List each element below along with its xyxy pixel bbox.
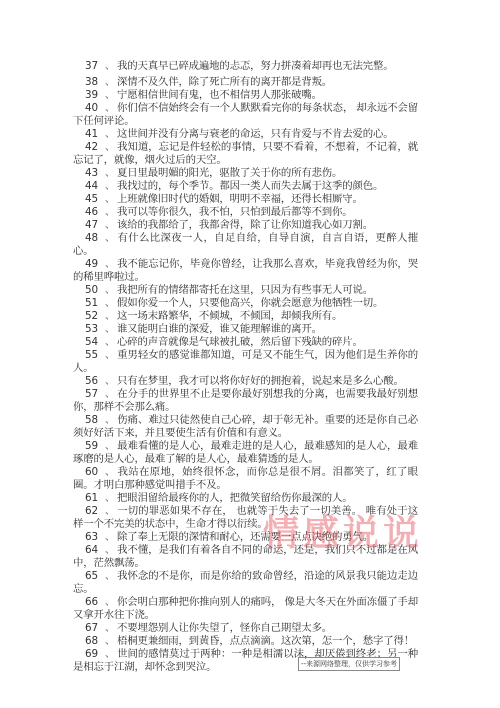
entry-text: 宁愿相信世间有鬼，也不相信男人那张破嘴。 (117, 89, 322, 101)
entry-text: 假如你爱一个人，只要他高兴，你就会愿意为他牺牲一切。 (117, 297, 383, 309)
entry-number: 38 (73, 76, 103, 89)
entry-number: 54 (73, 336, 103, 349)
entry-separator: 、 (103, 89, 117, 102)
quote-entry: 42、我知道，忘记是件轻松的事情，只要不看着，不想着，不记着，就忘记了，就像，烟… (73, 141, 418, 167)
entry-separator: 、 (103, 544, 117, 557)
entry-separator: 、 (103, 219, 117, 232)
entry-text: 我找过的，每个季节。都因一类人而失去属于这季的颜色。 (117, 180, 383, 192)
quote-entry: 57、在分手的世界里不止是要你最好别想我的分离，也需要我最好别想你，那样不会那么… (73, 388, 418, 414)
entry-separator: 、 (103, 206, 117, 219)
entry-number: 39 (73, 89, 103, 102)
entry-number: 37 (73, 60, 103, 73)
entry-number: 65 (73, 570, 103, 583)
quote-entry: 53、谁又能明白谁的深爱，谁又能理解谁的离开。 (73, 323, 418, 336)
entry-text: 我的天真早已碎成遍地的忐忑，努力拼凑着却再也无法完整。 (117, 60, 394, 72)
quote-entry: 61、把眼泪留给最疼你的人，把微笑留给伤你最深的人。 (73, 492, 418, 505)
entry-text: 梧桐更兼细雨，到黄昏，点点滴滴。这次第，怎一个，愁字了得！ (117, 635, 414, 647)
entry-number: 50 (73, 284, 103, 297)
entry-separator: 、 (103, 622, 117, 635)
quote-entry: 51、假如你爱一个人，只要他高兴，你就会愿意为他牺牲一切。 (73, 297, 418, 310)
entry-text: 最难看懂的是人心，最难走进的是人心，最难感知的是人心，最难琢磨的是人心，最难了解… (73, 440, 418, 465)
quote-entry: 47、该给的我都给了，我都舍得，除了让你知道我心如刀割。 (73, 219, 418, 232)
quote-entry: 54、心碎的声音就像是气球被扎破，然后留下残缺的碎片。 (73, 336, 418, 349)
entry-text: 我站在原地，始终很怀念，而你总是很不屑。泪都笑了，红了眼圈。才明白那种感觉叫措手… (73, 466, 418, 491)
entry-separator: 、 (103, 349, 117, 362)
quote-entry: 38、深情不及久伴，除了死亡所有的离开都是背叛。 (73, 76, 418, 89)
entry-number: 53 (73, 323, 103, 336)
entry-text: 心碎的声音就像是气球被扎破，然后留下残缺的碎片。 (117, 336, 363, 348)
entry-number: 51 (73, 297, 103, 310)
entry-text: 我怀念的不是你，而是你给的致命曾经，沿途的风景我只能边走边忘。 (73, 570, 418, 595)
entry-number: 41 (73, 128, 103, 141)
entry-text: 把眼泪留给最疼你的人，把微笑留给伤你最深的人。 (117, 492, 353, 504)
entry-number: 63 (73, 531, 103, 544)
quote-entry: 67、不要埋怨别人让你失望了，怪你自己期望太多。 (73, 622, 418, 635)
entry-number: 40 (73, 102, 103, 115)
entry-number: 64 (73, 544, 103, 557)
entry-number: 44 (73, 180, 103, 193)
quote-entry: 60、我站在原地，始终很怀念，而你总是很不屑。泪都笑了，红了眼圈。才明白那种感觉… (73, 466, 418, 492)
source-note: --来源网络整理，仅供学习参考 (298, 657, 400, 671)
entry-separator: 、 (103, 336, 117, 349)
entry-number: 67 (73, 622, 103, 635)
entry-separator: 、 (103, 284, 117, 297)
entry-separator: 、 (103, 141, 117, 154)
entry-number: 69 (73, 648, 103, 661)
entry-text: 你会明白那种把你推向别人的痛吗， 像是大冬天在外面冻僵了手却又拿开水往下浇。 (73, 596, 418, 621)
entry-separator: 、 (103, 323, 117, 336)
entry-separator: 、 (103, 102, 117, 115)
quote-entry: 37、我的天真早已碎成遍地的忐忑，努力拼凑着却再也无法完整。 (73, 60, 418, 73)
quote-entry: 56、只有在梦里，我才可以将你好好的拥抱着，说起来是多么心酸。 (73, 375, 418, 388)
entry-number: 58 (73, 414, 103, 427)
entry-text: 我可以等你很久，我不怕，只怕到最后都等不到你。 (117, 206, 353, 218)
entry-text: 深情不及久伴，除了死亡所有的离开都是背叛。 (117, 76, 332, 88)
quote-entry: 39、宁愿相信世间有鬼，也不相信男人那张破嘴。 (73, 89, 418, 102)
entry-separator: 、 (103, 648, 117, 661)
quote-entry: 68、梧桐更兼细雨，到黄昏，点点滴滴。这次第，怎一个，愁字了得！ (73, 635, 418, 648)
entry-separator: 、 (103, 193, 117, 206)
entry-number: 47 (73, 219, 103, 232)
entry-separator: 、 (103, 388, 117, 401)
entry-separator: 、 (103, 570, 117, 583)
entry-separator: 、 (103, 440, 117, 453)
entry-separator: 、 (103, 297, 117, 310)
document-page: 37、我的天真早已碎成遍地的忐忑，努力拼凑着却再也无法完整。38、深情不及久伴，… (73, 60, 418, 674)
quote-entry: 63、除了奉上无限的深情和耐心，还需要一点点决绝的勇气。 (73, 531, 418, 544)
quote-entry: 65、我怀念的不是你，而是你给的致命曾经，沿途的风景我只能边走边忘。 (73, 570, 418, 596)
entry-separator: 、 (103, 258, 117, 271)
entry-text: 我知道，忘记是件轻松的事情，只要不看着，不想着，不记着，就忘记了，就像，烟火过后… (73, 141, 418, 166)
quote-entry: 58、伤痛、难过只徒然使自己心碎，却于彰无补。重要的还是你自己必须好好活下来，并… (73, 414, 418, 440)
entry-number: 59 (73, 440, 103, 453)
entry-number: 62 (73, 505, 103, 518)
entry-number: 52 (73, 310, 103, 323)
quote-entry: 43、夏日里最明媚的阳光，驱散了关于你的所有悲伤。 (73, 167, 418, 180)
entry-number: 48 (73, 232, 103, 245)
quote-entry: 66、你会明白那种把你推向别人的痛吗， 像是大冬天在外面冻僵了手却又拿开水往下浇… (73, 596, 418, 622)
entry-number: 60 (73, 466, 103, 479)
quote-entry: 44、我找过的，每个季节。都因一类人而失去属于这季的颜色。 (73, 180, 418, 193)
entry-number: 49 (73, 258, 103, 271)
entry-text: 上班就像旧时代的婚姻，明明不幸福，还得长相厮守。 (117, 193, 363, 205)
quote-entry: 46、我可以等你很久，我不怕，只怕到最后都等不到你。 (73, 206, 418, 219)
entry-number: 43 (73, 167, 103, 180)
quote-list: 37、我的天真早已碎成遍地的忐忑，努力拼凑着却再也无法完整。38、深情不及久伴，… (73, 60, 418, 674)
entry-separator: 、 (103, 128, 117, 141)
quote-entry: 64、我不懂，是我们有着各自不同的命运，还是，我们只不过都是在风中，茫然飘荡。 (73, 544, 418, 570)
entry-text: 我不能忘记你，毕竟你曾经，让我那么喜欢，毕竟我曾经为你，哭的稀里哗啦过。 (73, 258, 418, 283)
entry-separator: 、 (103, 414, 117, 427)
entry-separator: 、 (103, 635, 117, 648)
entry-text: 我不懂，是我们有着各自不同的命运，还是，我们只不过都是在风中，茫然飘荡。 (73, 544, 418, 569)
entry-separator: 、 (103, 60, 117, 73)
quote-entry: 48、有什么比深夜一人，自足自给，自导自演，自言自语，更醉人摧心。 (73, 232, 418, 258)
entry-text: 谁又能明白谁的深爱，谁又能理解谁的离开。 (117, 323, 322, 335)
quote-entry: 55、重男轻女的感觉谁都知道，可是又不能生气，因为他们是生养你的人。 (73, 349, 418, 375)
entry-number: 45 (73, 193, 103, 206)
entry-separator: 、 (103, 167, 117, 180)
entry-text: 一切的罪恶如果不存在， 也就等于失去了一切美善。 唯有处于这样一个不完美的状态中… (73, 505, 418, 530)
entry-number: 57 (73, 388, 103, 401)
entry-separator: 、 (103, 492, 117, 505)
entry-number: 56 (73, 375, 103, 388)
entry-text: 除了奉上无限的深情和耐心，还需要一点点决绝的勇气。 (117, 531, 373, 543)
entry-number: 61 (73, 492, 103, 505)
entry-separator: 、 (103, 180, 117, 193)
entry-text: 在分手的世界里不止是要你最好别想我的分离，也需要我最好别想你，那样不会那么痛。 (73, 388, 418, 413)
quote-entry: 40、你们信不信始终会有一个人默默看完你的每条状态， 却永远不会留下任何评论。 (73, 102, 418, 128)
entry-text: 夏日里最明媚的阳光，驱散了关于你的所有悲伤。 (117, 167, 342, 179)
entry-separator: 、 (103, 375, 117, 388)
quote-entry: 62、一切的罪恶如果不存在， 也就等于失去了一切美善。 唯有处于这样一个不完美的… (73, 505, 418, 531)
quote-entry: 50、我把所有的情绪都寄托在这里，只因为有些事无人可说。 (73, 284, 418, 297)
entry-text: 该给的我都给了，我都舍得，除了让你知道我心如刀割。 (117, 219, 373, 231)
entry-text: 我把所有的情绪都寄托在这里，只因为有些事无人可说。 (117, 284, 373, 296)
entry-text: 伤痛、难过只徒然使自己心碎，却于彰无补。重要的还是你自己必须好好活下来，并且要使… (73, 414, 418, 439)
entry-number: 66 (73, 596, 103, 609)
entry-text: 你们信不信始终会有一个人默默看完你的每条状态， 却永远不会留下任何评论。 (73, 102, 418, 127)
quote-entry: 45、上班就像旧时代的婚姻，明明不幸福，还得长相厮守。 (73, 193, 418, 206)
entry-text: 只有在梦里，我才可以将你好好的拥抱着，说起来是多么心酸。 (117, 375, 404, 387)
entry-separator: 、 (103, 466, 117, 479)
entry-number: 68 (73, 635, 103, 648)
entry-separator: 、 (103, 505, 117, 518)
entry-separator: 、 (103, 232, 117, 245)
entry-separator: 、 (103, 310, 117, 323)
entry-text: 有什么比深夜一人，自足自给，自导自演，自言自语，更醉人摧心。 (73, 232, 418, 257)
quote-entry: 41、这世间并没有分离与衰老的命运，只有肯爱与不肯去爱的心。 (73, 128, 418, 141)
quote-entry: 59、最难看懂的是人心，最难走进的是人心，最难感知的是人心，最难琢磨的是人心，最… (73, 440, 418, 466)
entry-number: 42 (73, 141, 103, 154)
entry-separator: 、 (103, 531, 117, 544)
entry-text: 这世间并没有分离与衰老的命运，只有肯爱与不肯去爱的心。 (117, 128, 394, 140)
entry-separator: 、 (103, 76, 117, 89)
quote-entry: 49、我不能忘记你，毕竟你曾经，让我那么喜欢，毕竟我曾经为你，哭的稀里哗啦过。 (73, 258, 418, 284)
entry-text: 重男轻女的感觉谁都知道，可是又不能生气，因为他们是生养你的人。 (73, 349, 418, 374)
entry-separator: 、 (103, 596, 117, 609)
entry-number: 46 (73, 206, 103, 219)
entry-text: 这一场末路繁华，不倾城，不倾国，却倾我所有。 (117, 310, 342, 322)
entry-number: 55 (73, 349, 103, 362)
entry-text: 不要埋怨别人让你失望了，怪你自己期望太多。 (117, 622, 332, 634)
quote-entry: 52、这一场末路繁华，不倾城，不倾国，却倾我所有。 (73, 310, 418, 323)
